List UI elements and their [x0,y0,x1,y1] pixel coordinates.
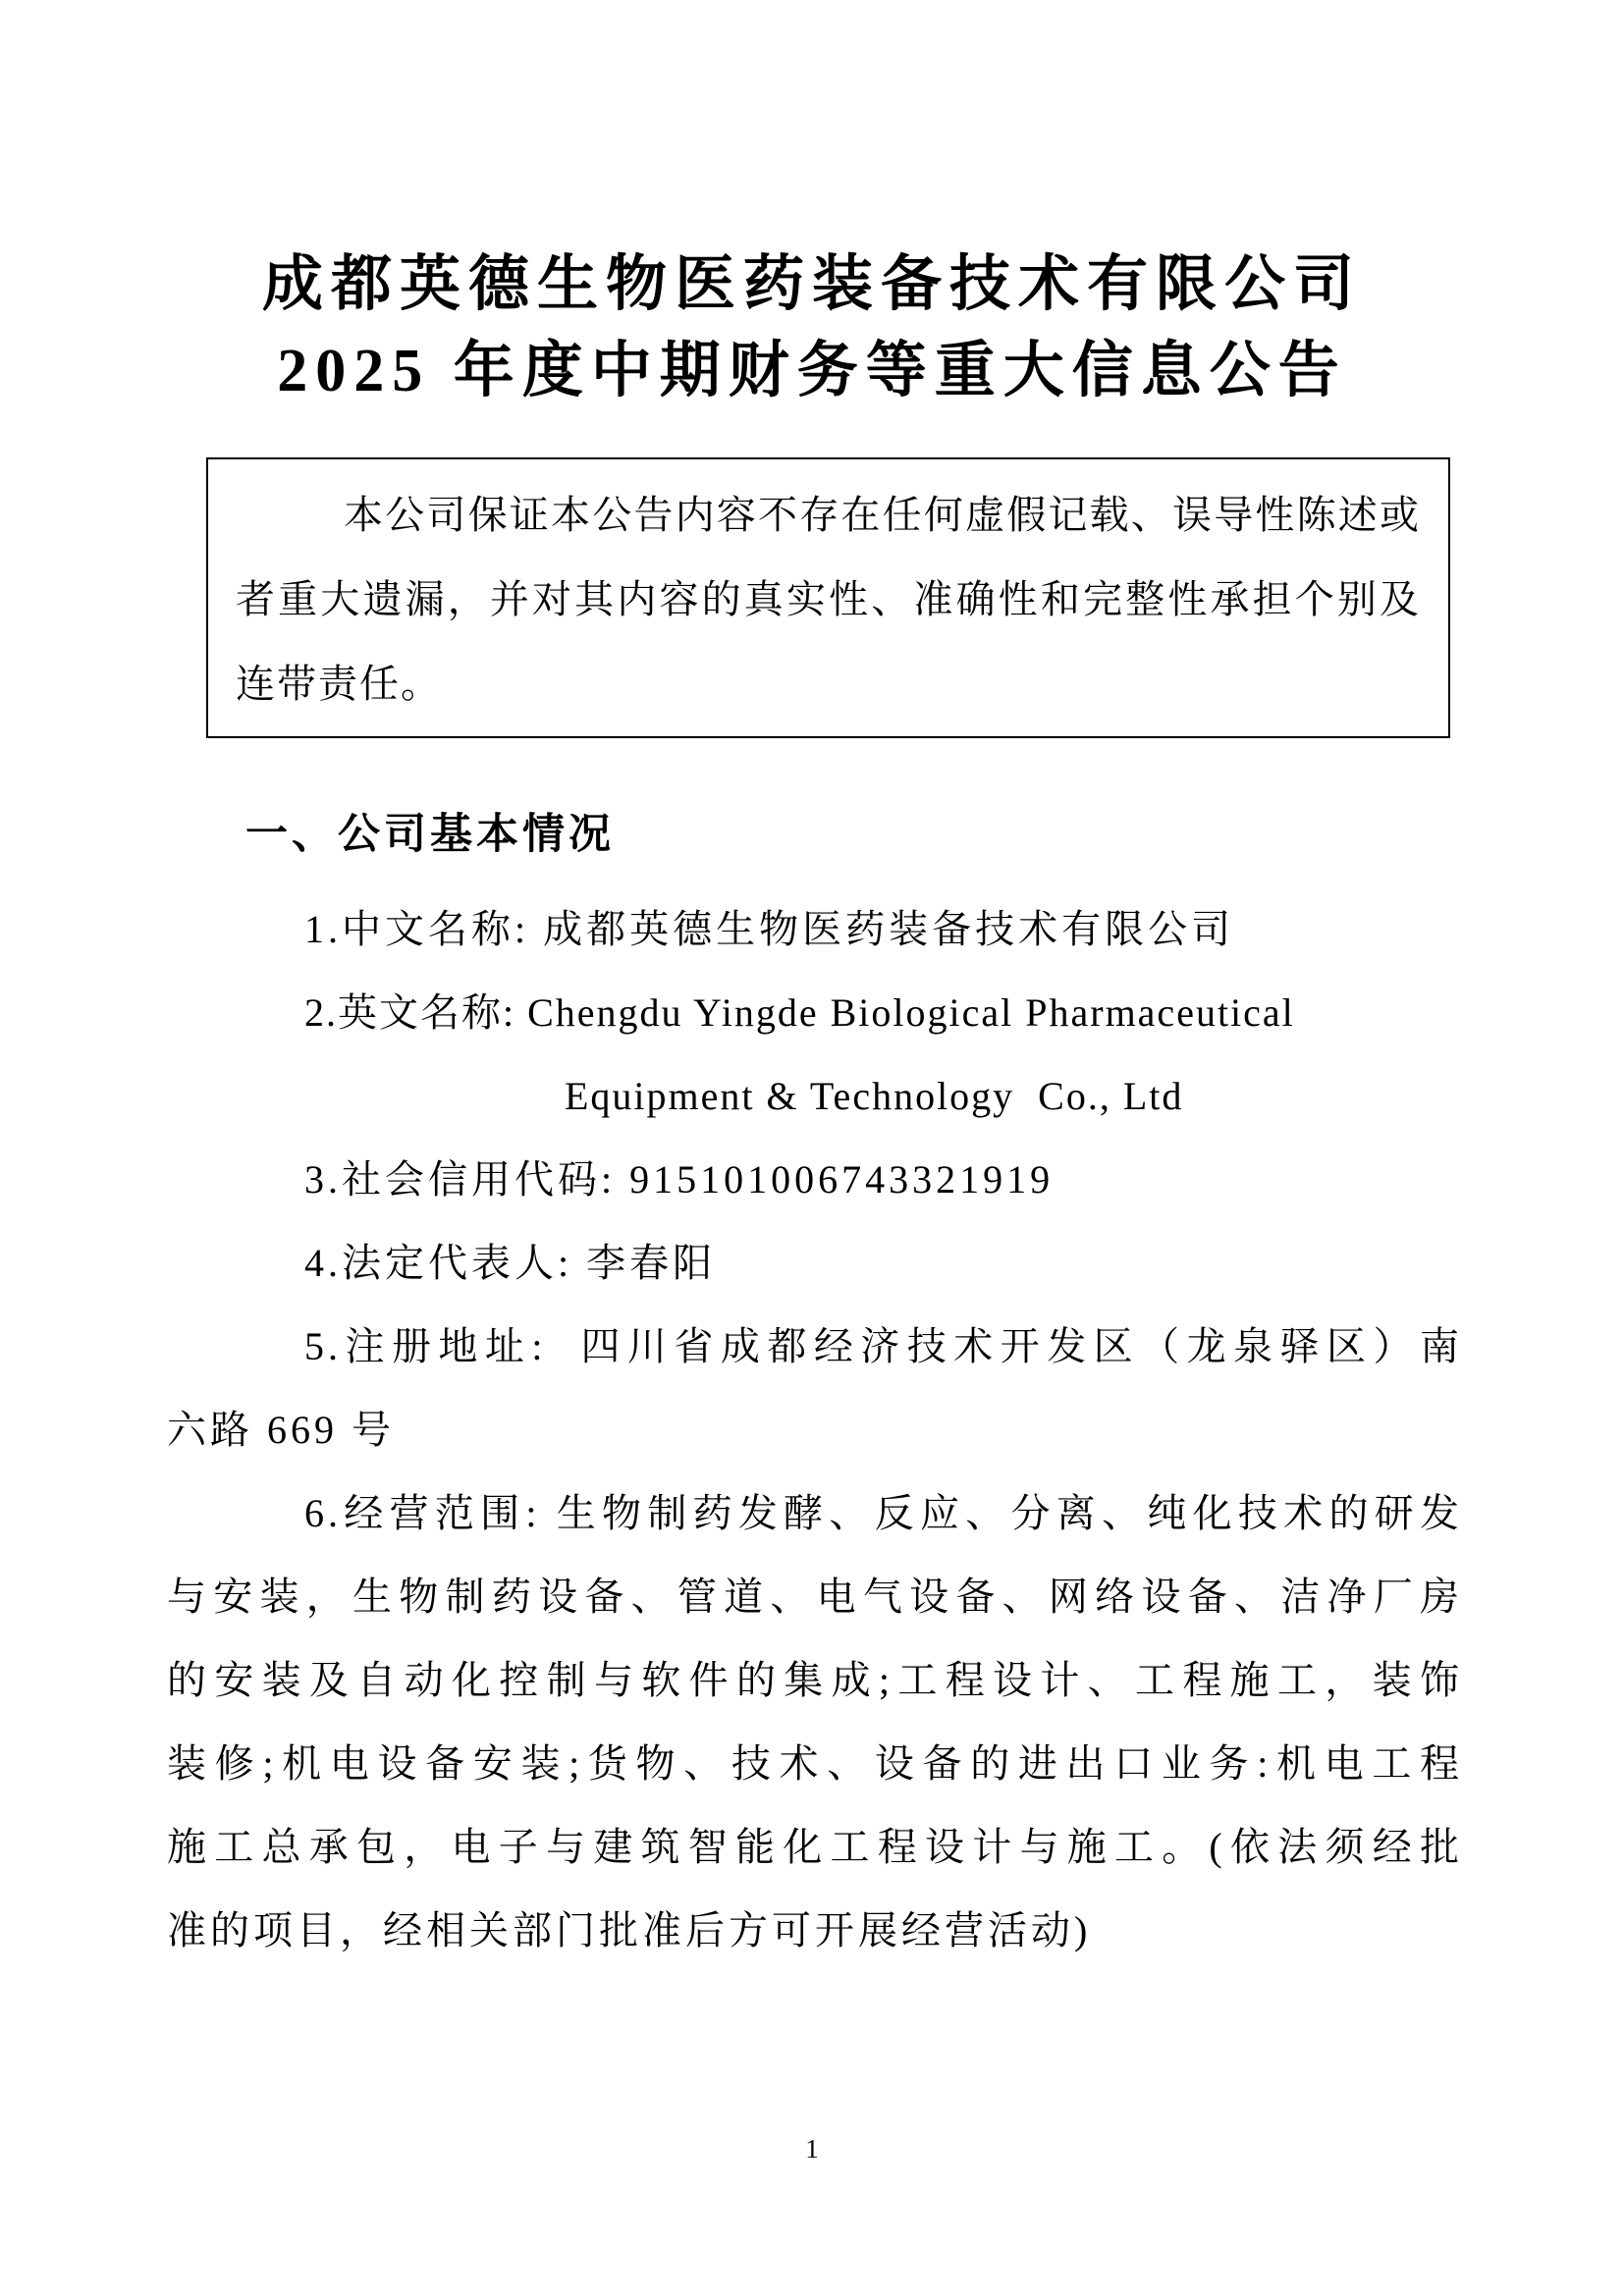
line-business-scope-continuation-4: 施工总承包，电子与建筑智能化工程设计与施工。(依法须经批 [167,1805,1463,1889]
disclaimer-line-3: 连带责任。 [236,642,1421,726]
disclaimer-line-1: 本公司保证本公告内容不存在任何虚假记载、误导性陈述或 [236,473,1421,558]
line-legal-representative: 4.法定代表人: 李春阳 [167,1221,1463,1305]
line-english-name-continuation: Equipment & Technology Co., Ltd [167,1054,1463,1138]
disclaimer-line-2: 者重大遗漏，并对其内容的真实性、准确性和完整性承担个别及 [236,558,1421,642]
line-business-scope-continuation-5: 准的项目，经相关部门批准后方可开展经营活动) [167,1889,1463,1972]
line-registered-address-continuation: 六路 669 号 [167,1388,1463,1471]
line-business-scope: 6.经营范围: 生物制药发酵、反应、分离、纯化技术的研发 [167,1471,1463,1555]
title-line-2: 2025 年度中期财务等重大信息公告 [0,328,1624,414]
document-body: 一、公司基本情况 1.中文名称: 成都英德生物医药装备技术有限公司 2.英文名称… [167,807,1463,1972]
page-number: 1 [0,2132,1624,2165]
line-chinese-name: 1.中文名称: 成都英德生物医药装备技术有限公司 [167,887,1463,971]
line-english-name: 2.英文名称: Chengdu Yingde Biological Pharma… [167,971,1463,1054]
line-business-scope-continuation-1: 与安装，生物制药设备、管道、电气设备、网络设备、洁净厂房 [167,1555,1463,1638]
section-heading: 一、公司基本情况 [167,807,1463,862]
section-body: 1.中文名称: 成都英德生物医药装备技术有限公司 2.英文名称: Chengdu… [167,887,1463,1972]
title-line-1: 成都英德生物医药装备技术有限公司 [0,241,1624,328]
disclaimer-box: 本公司保证本公告内容不存在任何虚假记载、误导性陈述或 者重大遗漏，并对其内容的真… [206,457,1450,738]
document-page: 成都英德生物医药装备技术有限公司 2025 年度中期财务等重大信息公告 本公司保… [0,0,1624,2296]
line-registered-address: 5.注册地址: 四川省成都经济技术开发区（龙泉驿区）南 [167,1305,1463,1388]
document-title: 成都英德生物医药装备技术有限公司 2025 年度中期财务等重大信息公告 [0,0,1624,414]
line-business-scope-continuation-3: 装修;机电设备安装;货物、技术、设备的进出口业务:机电工程 [167,1722,1463,1805]
line-credit-code: 3.社会信用代码: 915101006743321919 [167,1138,1463,1221]
line-business-scope-continuation-2: 的安装及自动化控制与软件的集成;工程设计、工程施工，装饰 [167,1638,1463,1722]
